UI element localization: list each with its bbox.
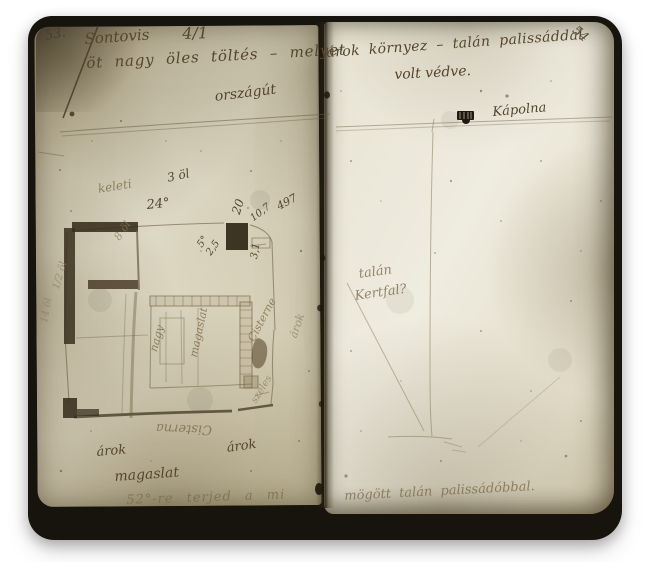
measure-24: 24°	[146, 197, 170, 212]
notebook-scan: 53. Sontovis 4/1 öt nagy öles töltés – m…	[0, 0, 650, 562]
note-arok-bottom-right: árok	[226, 438, 257, 455]
chapel-symbol-icon	[456, 110, 476, 127]
note-arok-bottom-left: árok	[96, 443, 127, 459]
page-number-left: 53.	[44, 26, 67, 42]
note-was-defended: volt védve.	[394, 64, 471, 82]
binding-gutter	[316, 22, 334, 508]
note-cisterna-inverted: Cisterna	[148, 421, 220, 437]
site-title: Sontovis	[84, 27, 150, 46]
date-fraction: 4/1	[182, 25, 208, 42]
